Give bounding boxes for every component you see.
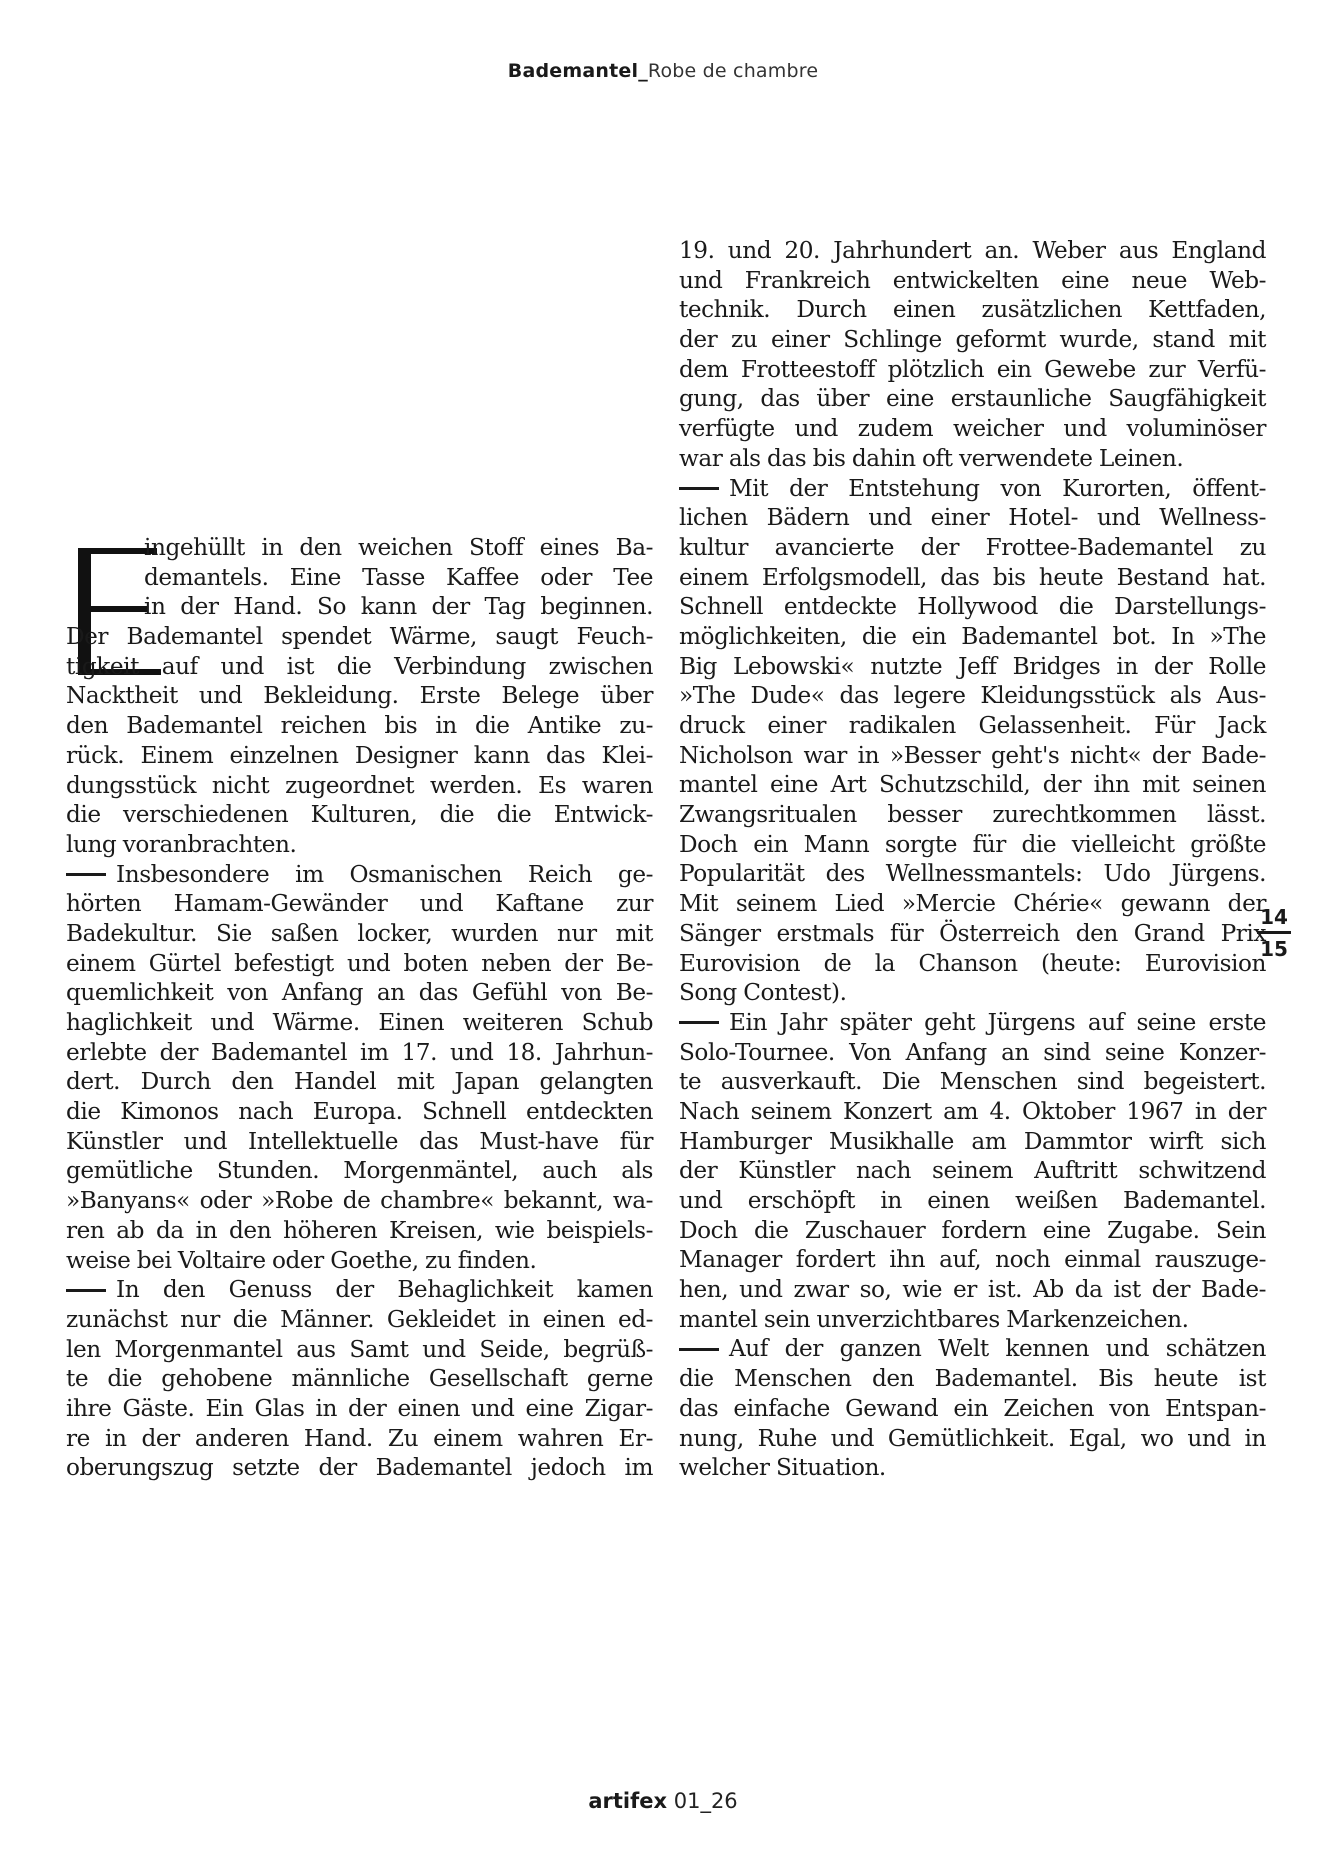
paragraph-dash-icon: [679, 487, 719, 490]
text-line: druck einer radikalen Gelassenheit. Für …: [679, 711, 1266, 741]
paragraph-dash-icon: [679, 1021, 719, 1024]
text-line: gung, das über eine erstaunliche Saugfäh…: [679, 384, 1266, 414]
running-head-subtitle: Robe de chambre: [648, 60, 818, 82]
magazine-name: artifex: [588, 1789, 667, 1813]
paragraph-start-line: In den Genuss der Behaglichkeit kamen: [66, 1275, 653, 1305]
text-line: in der Hand. So kann der Tag beginnen.: [144, 592, 653, 622]
footer: artifex 01_26: [0, 1789, 1326, 1813]
text-line: Manager fordert ihn auf, noch einmal rau…: [679, 1245, 1266, 1275]
text-line: einem Gürtel befestigt und boten neben d…: [66, 949, 653, 979]
text-line: »The Dude« das legere Kleidungsstück als…: [679, 681, 1266, 711]
running-head-separator: _: [638, 60, 648, 82]
text-line: quemlichkeit von Anfang an das Gefühl vo…: [66, 978, 653, 1008]
page-number-left: 14: [1260, 905, 1288, 929]
text-line: Schnell entdeckte Hollywood die Darstell…: [679, 592, 1266, 622]
article-column-right: 19. und 20. Jahrhundert an. Weber aus En…: [679, 236, 1266, 1483]
text-line: Popularität des Wellnessmantels: Udo Jür…: [679, 859, 1266, 889]
text-line: Der Bademantel spendet Wärme, saugt Feuc…: [66, 622, 653, 652]
text-line: der zu einer Schlinge geformt wurde, sta…: [679, 325, 1266, 355]
text-line: die verschiedenen Kulturen, die die Entw…: [66, 800, 653, 830]
text-line: Song Contest).: [679, 978, 1266, 1008]
text-line: Künstler und Intellektuelle das Must-hav…: [66, 1127, 653, 1157]
text-line: der Künstler nach seinem Auftritt schwit…: [679, 1156, 1266, 1186]
text-line: tigkeit auf und ist die Verbindung zwisc…: [66, 652, 653, 682]
text-line: haglichkeit und Wärme. Einen weiteren Sc…: [66, 1008, 653, 1038]
text-line: welcher Situation.: [679, 1453, 1266, 1483]
text-line: Mit seinem Lied »Mercie Chérie« gewann d…: [679, 889, 1266, 919]
text-line: hen, und zwar so, wie er ist. Ab da ist …: [679, 1275, 1266, 1305]
folio-divider: [1257, 931, 1291, 934]
text-line: mantel sein unverzichtbares Markenzeiche…: [679, 1305, 1266, 1335]
text-line: Zwangsritualen besser zurechtkommen läss…: [679, 800, 1266, 830]
text-line: 19. und 20. Jahrhundert an. Weber aus En…: [679, 236, 1266, 266]
text-line: te ausverkauft. Die Menschen sind begeis…: [679, 1067, 1266, 1097]
paragraph-start-line: Mit der Entstehung von Kurorten, öffent-: [679, 474, 1266, 504]
text-line: gemütliche Stunden. Morgenmäntel, auch a…: [66, 1156, 653, 1186]
text-line: kultur avancierte der Frottee-Bademantel…: [679, 533, 1266, 563]
paragraph-dash-icon: [679, 1348, 719, 1351]
text-line: zunächst nur die Männer. Gekleidet in ei…: [66, 1305, 653, 1335]
text-line: dem Frotteestoff plötzlich ein Gewebe zu…: [679, 355, 1266, 385]
text-line: hörten Hamam-Gewänder und Kaftane zur: [66, 889, 653, 919]
paragraph-start-line: Auf der ganzen Welt kennen und schätzen: [679, 1334, 1266, 1364]
paragraph-dash-icon: [66, 1289, 106, 1292]
text-line: Big Lebowski« nutzte Jeff Bridges in der…: [679, 652, 1266, 682]
text-line: technik. Durch einen zusätzlichen Kettfa…: [679, 295, 1266, 325]
page-number-right: 15: [1260, 937, 1288, 961]
text-line: war als das bis dahin oft verwendete Lei…: [679, 444, 1266, 474]
text-line: Eurovision de la Chanson (heute: Eurovis…: [679, 949, 1266, 979]
text-line: ingehüllt in den weichen Stoff eines Ba-: [144, 533, 653, 563]
text-line: Nacktheit und Bekleidung. Erste Belege ü…: [66, 681, 653, 711]
text-line: nung, Ruhe und Gemütlichkeit. Egal, wo u…: [679, 1424, 1266, 1454]
text-line: das einfache Gewand ein Zeichen von Ents…: [679, 1394, 1266, 1424]
text-line: den Bademantel reichen bis in die Antike…: [66, 711, 653, 741]
paragraph-start-line: Insbesondere im Osmanischen Reich ge-: [66, 860, 653, 890]
text-line: Badekultur. Sie saßen locker, wurden nur…: [66, 919, 653, 949]
text-line: ihre Gäste. Ein Glas in der einen und ei…: [66, 1394, 653, 1424]
text-line: rück. Einem einzelnen Designer kann das …: [66, 741, 653, 771]
text-line: mantel eine Art Schutzschild, der ihn mi…: [679, 770, 1266, 800]
text-line: Doch ein Mann sorgte für die vielleicht …: [679, 830, 1266, 860]
issue-number: 01_26: [674, 1789, 738, 1813]
text-line: Doch die Zuschauer fordern eine Zugabe. …: [679, 1216, 1266, 1246]
text-line: einem Erfolgsmodell, das bis heute Besta…: [679, 563, 1266, 593]
paragraph-dash-icon: [66, 873, 106, 876]
text-line: und Frankreich entwickelten eine neue We…: [679, 266, 1266, 296]
text-line: möglichkeiten, die ein Bademantel bot. I…: [679, 622, 1266, 652]
text-line: lung voranbrachten.: [66, 830, 653, 860]
text-line: erlebte der Bademantel im 17. und 18. Ja…: [66, 1038, 653, 1068]
text-line: len Morgenmantel aus Samt und Seide, beg…: [66, 1335, 653, 1365]
text-line: verfügte und zudem weicher und voluminös…: [679, 414, 1266, 444]
text-line: und erschöpft in einen weißen Bademantel…: [679, 1186, 1266, 1216]
paragraph-start-line: Ein Jahr später geht Jürgens auf seine e…: [679, 1008, 1266, 1038]
text-line: »Banyans« oder »Robe de chambre« bekannt…: [66, 1186, 653, 1216]
text-line: Solo-Tournee. Von Anfang an sind seine K…: [679, 1038, 1266, 1068]
text-line: Hamburger Musikhalle am Dammtor wirft si…: [679, 1127, 1266, 1157]
text-line: dungsstück nicht zugeordnet werden. Es w…: [66, 771, 653, 801]
running-head: Bademantel_Robe de chambre: [0, 60, 1326, 82]
text-line: dert. Durch den Handel mit Japan gelangt…: [66, 1067, 653, 1097]
running-head-title: Bademantel: [508, 60, 638, 82]
text-line: Sänger erstmals für Österreich den Grand…: [679, 919, 1266, 949]
text-line: Nach seinem Konzert am 4. Oktober 1967 i…: [679, 1097, 1266, 1127]
text-line: oberungszug setzte der Bademantel jedoch…: [66, 1453, 653, 1483]
page-numbers: 14 15: [1254, 906, 1294, 960]
text-line: Nicholson war in »Besser geht's nicht« d…: [679, 741, 1266, 771]
text-line: die Kimonos nach Europa. Schnell entdeck…: [66, 1097, 653, 1127]
text-line: demantels. Eine Tasse Kaffee oder Tee: [144, 563, 653, 593]
article-column-left: ingehüllt in den weichen Stoff eines Ba-…: [66, 533, 653, 1483]
text-line: weise bei Voltaire oder Goethe, zu finde…: [66, 1246, 653, 1276]
text-line: re in der anderen Hand. Zu einem wahren …: [66, 1424, 653, 1454]
text-line: die Menschen den Bademantel. Bis heute i…: [679, 1364, 1266, 1394]
text-line: ren ab da in den höheren Kreisen, wie be…: [66, 1216, 653, 1246]
text-line: te die gehobene männliche Gesellschaft g…: [66, 1364, 653, 1394]
text-line: lichen Bädern und einer Hotel- und Welln…: [679, 503, 1266, 533]
